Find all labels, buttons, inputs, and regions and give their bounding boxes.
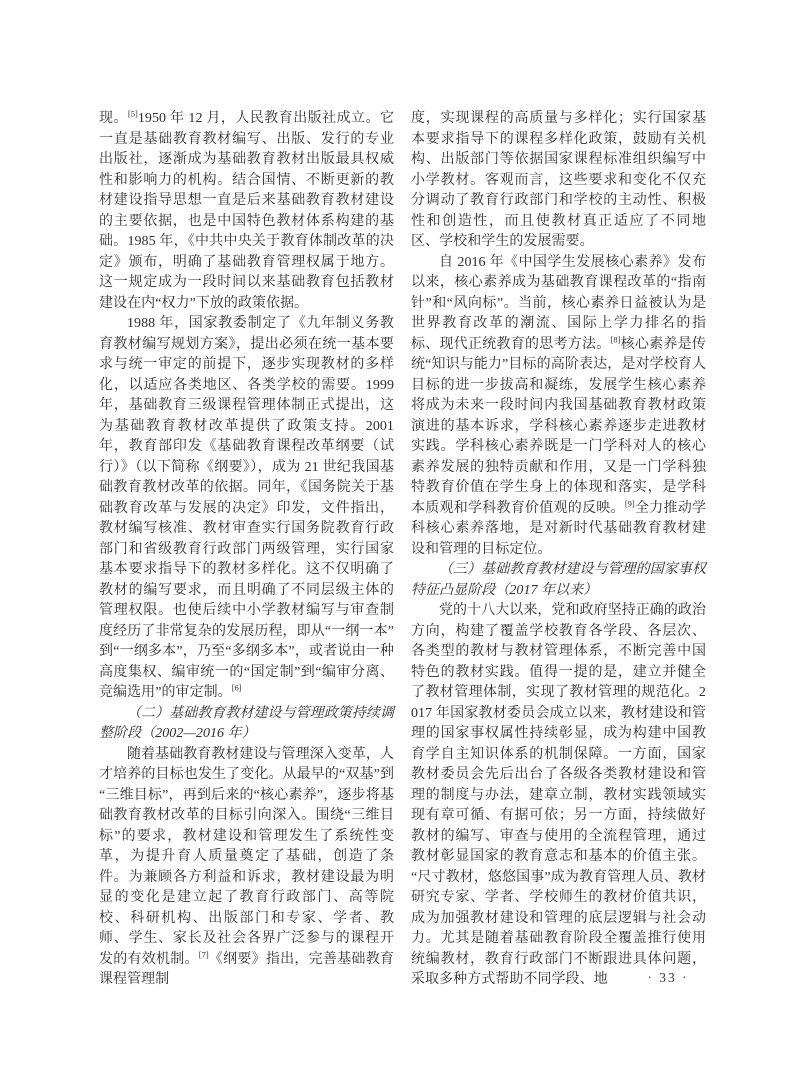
text-segment: 随着基础教育教材建设与管理深入变革，人才培养的目标也发生了变化。从最早的“双基”…: [99, 747, 394, 967]
text-segment: 1988 年，国家教委制定了《九年制义务教育教材编写规划方案》，提出必须在统一基…: [99, 316, 394, 700]
citation-ref: [9]: [625, 498, 635, 508]
text-segment: 核心素养是传统“知识与能力”目标的高阶表达，是对学校育人目标的进一步拔高和凝练，…: [411, 337, 706, 516]
subsection-heading: （二）基础教育教材建设与管理政策持续调整阶段（2002—2016 年）: [99, 704, 394, 745]
subsection-heading: （三）基础教育教材建设与管理的国家事权特征凸显阶段（2017 年以来）: [411, 560, 706, 601]
paragraph-continued: 度，实现课程的高质量与多样化；实行国家基本要求指导下的课程多样化政策，鼓励有关机…: [411, 109, 706, 253]
text-segment: 党的十八大以来，党和政府坚持正确的政治方向，构建了覆盖学校教育各学段、各层次、各…: [411, 603, 706, 987]
citation-ref: [8]: [611, 334, 621, 344]
journal-page: 现。[5]1950 年 12 月，人民教育出版社成立。它一直是基础教育教材编写、…: [0, 0, 800, 1077]
right-column: 度，实现课程的高质量与多样化；实行国家基本要求指导下的课程多样化政策，鼓励有关机…: [411, 109, 706, 991]
paragraph: 党的十八大以来，党和政府坚持正确的政治方向，构建了覆盖学校教育各学段、各层次、各…: [411, 601, 706, 991]
paragraph-continued: 现。[5]1950 年 12 月，人民教育出版社成立。它一直是基础教育教材编写、…: [99, 109, 394, 314]
text-segment: （二）基础教育教材建设与管理政策持续调整阶段（2002—2016 年）: [99, 706, 394, 742]
text-segment: （三）基础教育教材建设与管理的国家事权特征凸显阶段（2017 年以来）: [411, 562, 706, 598]
citation-ref: [5]: [128, 108, 138, 118]
paragraph: 自 2016 年《中国学生发展核心素养》发布以来，核心素养成为基础教育课程改革的…: [411, 253, 706, 561]
citation-ref: [6]: [232, 682, 242, 692]
citation-ref: [7]: [199, 949, 209, 959]
text-segment: 现。: [99, 111, 128, 126]
left-column: 现。[5]1950 年 12 月，人民教育出版社成立。它一直是基础教育教材编写、…: [99, 109, 394, 991]
text-segment: 1950 年 12 月，人民教育出版社成立。它一直是基础教育教材编写、出版、发行…: [99, 111, 394, 311]
paragraph: 1988 年，国家教委制定了《九年制义务教育教材编写规划方案》，提出必须在统一基…: [99, 314, 394, 704]
page-number: · 33 ·: [628, 970, 708, 986]
paragraph: 随着基础教育教材建设与管理深入变革，人才培养的目标也发生了变化。从最早的“双基”…: [99, 745, 394, 991]
text-segment: 度，实现课程的高质量与多样化；实行国家基本要求指导下的课程多样化政策，鼓励有关机…: [411, 111, 706, 249]
